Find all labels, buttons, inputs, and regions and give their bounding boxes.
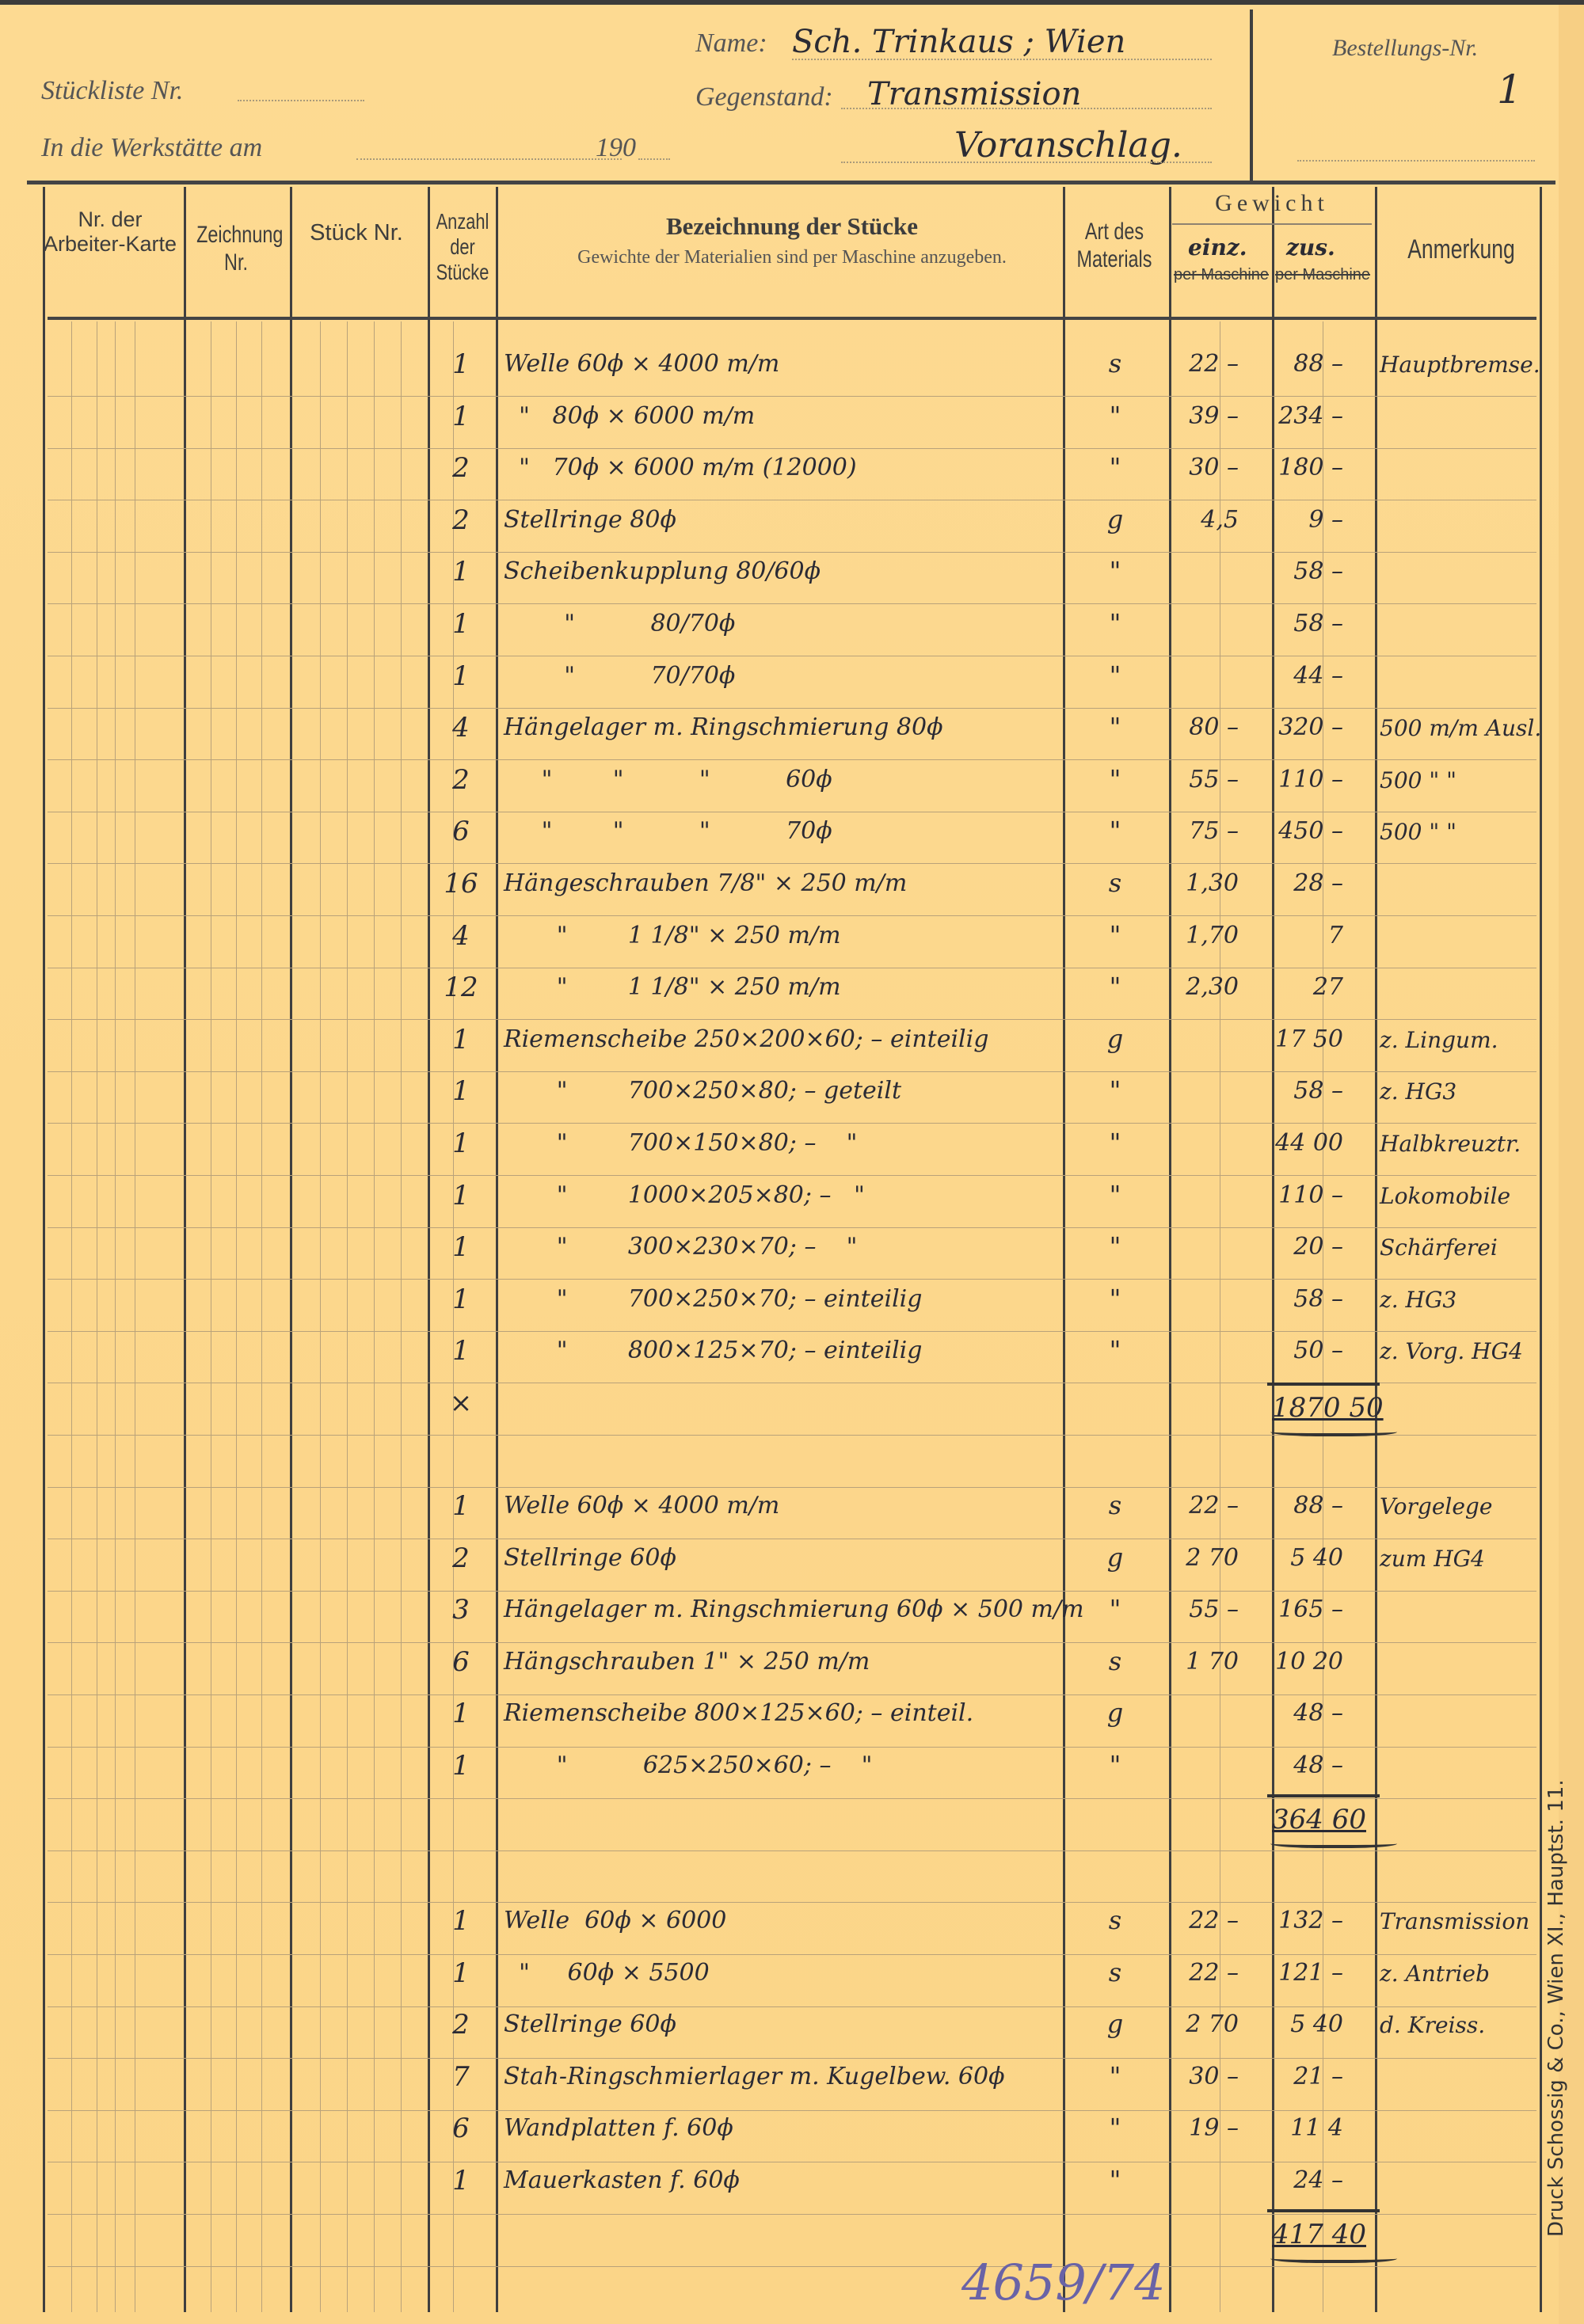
col-zeichnung: Zeichnung Nr.: [196, 222, 276, 276]
material-cell: ": [1068, 2061, 1163, 2091]
gewicht-gesamt-label: zus.: [1286, 234, 1335, 261]
material-cell: ": [1068, 556, 1163, 586]
quantity-cell: 1: [437, 556, 485, 588]
weight-total-cell: 110 –: [1272, 1181, 1343, 1209]
row-rule: [48, 1331, 1536, 1332]
weight-total-cell: 17 50: [1272, 1025, 1343, 1053]
weight-total-cell: 48 –: [1272, 1752, 1343, 1779]
row-rule: [48, 1591, 1536, 1592]
column-divider: [1169, 187, 1171, 2312]
row-rule: [48, 1279, 1536, 1280]
material-cell: ": [1068, 1231, 1163, 1261]
description-cell: Stellringe 60ϕ: [504, 1544, 676, 1572]
weight-unit-cell: 1,30: [1175, 869, 1239, 897]
stueckliste-field[interactable]: [238, 100, 364, 101]
material-cell: g: [1068, 2009, 1163, 2039]
quantity-cell: 4: [437, 920, 485, 952]
note-cell: z. Lingum.: [1380, 1027, 1498, 1053]
description-cell: " " " 70ϕ: [504, 817, 832, 845]
quantity-cell: 1: [437, 2165, 485, 2197]
grid-line: [374, 321, 375, 2312]
weight-unit-cell: 19 –: [1175, 2114, 1239, 2142]
weight-total-cell: 44 –: [1272, 662, 1343, 690]
weight-total-cell: 180 –: [1272, 454, 1343, 481]
material-cell: ": [1068, 608, 1163, 638]
description-cell: " 800×125×70; – einteilig: [504, 1337, 922, 1364]
weight-total-cell: 11 4: [1272, 2114, 1343, 2142]
quantity-cell: 1: [437, 1750, 485, 1782]
year-field[interactable]: [638, 158, 670, 160]
description-cell: Welle 60ϕ × 6000: [504, 1907, 726, 1934]
row-rule: [48, 1747, 1536, 1748]
quantity-cell: 1: [437, 608, 485, 640]
quantity-cell: 1: [437, 1075, 485, 1107]
quantity-cell: 1: [437, 1180, 485, 1211]
note-cell: Hauptbremse.: [1380, 352, 1540, 378]
row-rule: [48, 1487, 1536, 1488]
quantity-cell: 7: [437, 2061, 485, 2093]
description-cell: " 300×230×70; – ": [504, 1233, 857, 1261]
weight-total-cell: 27: [1272, 973, 1343, 1001]
row-rule: [48, 500, 1536, 500]
note-cell: z. Vorg. HG4: [1380, 1338, 1523, 1364]
quantity-cell: 1: [437, 1957, 485, 1989]
column-divider: [184, 187, 186, 2312]
description-cell: Stellringe 60ϕ: [504, 2010, 676, 2038]
description-cell: " 70/70ϕ: [504, 662, 735, 690]
grid-line: [261, 321, 262, 2312]
bestellungs-label: Bestellungs-Nr.: [1332, 35, 1478, 62]
grid-line: [115, 321, 116, 2312]
per-maschine-2: per Maschine: [1274, 266, 1372, 284]
note-cell: 500 " ": [1380, 767, 1456, 793]
weight-total-cell: 165 –: [1272, 1596, 1343, 1623]
weight-total-cell: 234 –: [1272, 402, 1343, 430]
per-maschine-1: per Maschine: [1172, 266, 1270, 284]
header-rule: [27, 181, 1555, 184]
material-cell: ": [1068, 2165, 1163, 2195]
material-cell: ": [1068, 920, 1163, 950]
quantity-cell: ×: [437, 1387, 485, 1419]
material-cell: ": [1068, 1284, 1163, 1314]
material-cell: ": [1068, 712, 1163, 742]
weight-total-cell: 121 –: [1272, 1959, 1343, 1987]
quantity-cell: 2: [437, 2009, 485, 2041]
section-total: 1870 50: [1272, 1392, 1384, 1424]
weight-unit-cell: 4,5: [1175, 506, 1239, 534]
col-stueck: Stück Nr.: [293, 220, 420, 246]
quantity-cell: 6: [437, 1646, 485, 1678]
weight-unit-cell: 22 –: [1175, 1492, 1239, 1520]
description-cell: Hängschrauben 1" × 250 m/m: [504, 1648, 870, 1675]
description-cell: " 70ϕ × 6000 m/m (12000): [504, 454, 857, 481]
column-divider: [1063, 187, 1065, 2312]
description-cell: Hängeschrauben 7/8" × 250 m/m: [504, 869, 907, 897]
material-cell: g: [1068, 1024, 1163, 1054]
col-anzahl: Anzahl der Stücke: [434, 209, 491, 286]
description-cell: Hängelager m. Ringschmierung 60ϕ × 500 m…: [504, 1596, 1084, 1623]
row-rule: [48, 2058, 1536, 2059]
note-cell: Halbkreuztr.: [1380, 1131, 1521, 1157]
grid-line: [401, 321, 402, 2312]
description-cell: " 80ϕ × 6000 m/m: [504, 402, 755, 430]
year-prefix: 190: [596, 133, 636, 163]
note-cell: Schärferei: [1380, 1234, 1498, 1261]
description-cell: " 625×250×60; – ": [504, 1752, 872, 1779]
description-cell: " 80/70ϕ: [504, 610, 735, 637]
weight-total-cell: 320 –: [1272, 713, 1343, 741]
subtotal-rule: [1267, 1383, 1380, 1386]
row-rule: [48, 1539, 1536, 1539]
description-cell: " 700×150×80; – ": [504, 1129, 857, 1157]
row-rule: [48, 448, 1536, 449]
weight-unit-cell: 75 –: [1175, 817, 1239, 845]
col-gewicht: Gewicht: [1169, 190, 1375, 218]
row-rule: [48, 708, 1536, 709]
col-anmerkung: Anmerkung: [1396, 234, 1526, 265]
note-cell: Transmission: [1380, 1908, 1529, 1934]
description-cell: Hängelager m. Ringschmierung 80ϕ: [504, 713, 943, 741]
quantity-cell: 1: [437, 660, 485, 692]
scan-border: [0, 0, 1584, 5]
quantity-cell: 1: [437, 1231, 485, 1263]
row-rule: [48, 1071, 1536, 1072]
description-cell: " 1 1/8" × 250 m/m: [504, 973, 841, 1001]
gewicht-einzeln-label: einz.: [1188, 234, 1247, 261]
row-rule: [48, 968, 1536, 968]
note-cell: z. HG3: [1380, 1078, 1456, 1105]
weight-unit-cell: 30 –: [1175, 454, 1239, 481]
weight-total-cell: 10 20: [1272, 1648, 1343, 1675]
gegenstand-label: Gegenstand:: [695, 82, 833, 112]
row-rule: [48, 1227, 1536, 1228]
grid-line: [347, 321, 348, 2312]
material-cell: g: [1068, 504, 1163, 534]
weight-total-cell: 48 –: [1272, 1699, 1343, 1727]
weight-total-cell: 44 00: [1272, 1129, 1343, 1157]
description-cell: " 700×250×70; – einteilig: [504, 1285, 922, 1313]
row-rule: [48, 1695, 1536, 1695]
col-bezeichnung-title: Bezeichnung der Stücke: [523, 212, 1061, 241]
row-rule: [48, 2110, 1536, 2111]
note-cell: 500 m/m Ausl.: [1380, 715, 1541, 741]
row-rule: [48, 603, 1536, 604]
row-rule: [48, 1175, 1536, 1176]
pencil-annotation: 4659/74: [961, 2254, 1166, 2311]
material-cell: ": [1068, 452, 1163, 482]
quantity-cell: 6: [437, 2113, 485, 2144]
row-rule: [48, 396, 1536, 397]
material-cell: ": [1068, 816, 1163, 846]
quantity-cell: 1: [437, 1335, 485, 1367]
material-cell: ": [1068, 1594, 1163, 1624]
material-cell: ": [1068, 401, 1163, 431]
section-total: 364 60: [1272, 1804, 1366, 1835]
col-bezeichnung-subtitle: Gewichte der Materialien sind per Maschi…: [539, 247, 1045, 269]
grid-line: [236, 321, 237, 2312]
row-rule: [48, 1902, 1536, 1903]
weight-total-cell: 5 40: [1272, 1544, 1343, 1572]
printer-imprint: Druck Schossig & Co., Wien XI., Hauptst.…: [1544, 1779, 1568, 2237]
name-value: Sch. Trinkaus ; Wien: [792, 24, 1125, 60]
weight-total-cell: 5 40: [1272, 2010, 1343, 2038]
quantity-cell: 1: [437, 1284, 485, 1315]
weight-total-cell: 58 –: [1272, 610, 1343, 637]
material-cell: s: [1068, 348, 1163, 378]
quantity-cell: 2: [437, 1542, 485, 1574]
quantity-cell: 2: [437, 504, 485, 536]
bestellungs-value: 1: [1497, 67, 1522, 112]
description-cell: Mauerkasten f. 60ϕ: [504, 2166, 740, 2194]
material-cell: ": [1068, 764, 1163, 794]
total-double-underline: [1270, 1837, 1397, 1848]
row-rule: [48, 2266, 1536, 2267]
quantity-cell: 3: [437, 1594, 485, 1626]
quantity-cell: 1: [437, 1905, 485, 1937]
material-cell: ": [1068, 1335, 1163, 1365]
weight-unit-cell: 80 –: [1175, 713, 1239, 741]
col-art: Art des Materials: [1074, 219, 1154, 273]
note-cell: zum HG4: [1380, 1546, 1485, 1572]
weight-total-cell: 58 –: [1272, 1077, 1343, 1105]
note-cell: z. Antrieb: [1380, 1961, 1490, 1987]
bestellungs-field[interactable]: [1297, 160, 1535, 162]
description-cell: Welle 60ϕ × 4000 m/m: [504, 1492, 779, 1520]
description-cell: Stellringe 80ϕ: [504, 506, 676, 534]
total-double-underline: [1270, 2252, 1397, 2263]
werkstaette-date-field[interactable]: [356, 158, 622, 160]
quantity-cell: 1: [437, 1698, 485, 1729]
row-rule: [48, 656, 1536, 656]
material-cell: ": [1068, 2113, 1163, 2143]
column-divider: [428, 187, 430, 2312]
column-divider: [43, 187, 45, 2312]
description-cell: " 60ϕ × 5500: [504, 1959, 710, 1987]
weight-total-cell: 21 –: [1272, 2063, 1343, 2090]
material-cell: g: [1068, 1698, 1163, 1728]
quantity-cell: 2: [437, 764, 485, 796]
weight-unit-cell: 39 –: [1175, 402, 1239, 430]
grid-line: [71, 321, 72, 2312]
description-cell: " 1000×205×80; – ": [504, 1181, 865, 1209]
row-rule: [48, 2006, 1536, 2007]
material-cell: g: [1068, 1542, 1163, 1573]
header-divider: [1250, 10, 1253, 181]
column-divider: [290, 187, 292, 2312]
row-rule: [48, 1850, 1536, 1851]
werkstaette-label: In die Werkstätte am: [41, 133, 262, 163]
subtotal-rule: [1267, 2209, 1380, 2212]
weight-total-cell: 58 –: [1272, 1285, 1343, 1313]
weight-unit-cell: 22 –: [1175, 1959, 1239, 1987]
row-rule: [48, 2214, 1536, 2215]
description-cell: Wandplatten f. 60ϕ: [504, 2114, 733, 2142]
total-double-underline: [1270, 1425, 1397, 1436]
weight-unit-cell: 55 –: [1175, 1596, 1239, 1623]
weight-total-cell: 7: [1272, 922, 1343, 949]
weight-unit-cell: 1,70: [1175, 922, 1239, 949]
weight-unit-cell: 2 70: [1175, 2010, 1239, 2038]
material-cell: s: [1068, 1957, 1163, 1987]
description-cell: " 1 1/8" × 250 m/m: [504, 922, 841, 949]
material-cell: s: [1068, 1905, 1163, 1935]
gegenstand-field[interactable]: [841, 108, 1212, 109]
description-cell: Scheibenkupplung 80/60ϕ: [504, 557, 821, 585]
row-rule: [48, 915, 1536, 916]
section-total: 417 40: [1272, 2219, 1366, 2250]
quantity-cell: 1: [437, 348, 485, 380]
description-cell: Stah-Ringschmierlager m. Kugelbew. 60ϕ: [504, 2063, 1005, 2090]
quantity-cell: 6: [437, 816, 485, 847]
note-cell: Lokomobile: [1380, 1183, 1510, 1209]
quantity-cell: 1: [437, 1490, 485, 1522]
grid-line: [211, 321, 211, 2312]
quantity-cell: 16: [437, 868, 485, 900]
subtotal-rule: [1267, 1794, 1380, 1797]
quantity-cell: 1: [437, 401, 485, 432]
row-rule: [48, 863, 1536, 864]
weight-unit-cell: 22 –: [1175, 1907, 1239, 1934]
row-rule: [48, 759, 1536, 760]
weight-total-cell: 132 –: [1272, 1907, 1343, 1934]
quantity-cell: 12: [437, 972, 485, 1003]
weight-unit-cell: 55 –: [1175, 766, 1239, 793]
note-cell: z. HG3: [1380, 1287, 1456, 1313]
description-cell: Welle 60ϕ × 4000 m/m: [504, 350, 779, 378]
description-cell: Riemenscheibe 250×200×60; – einteilig: [504, 1025, 988, 1053]
weight-total-cell: 58 –: [1272, 557, 1343, 585]
row-rule: [48, 1798, 1536, 1799]
material-cell: ": [1068, 1750, 1163, 1780]
description-cell: Riemenscheibe 800×125×60; – einteil.: [504, 1699, 973, 1727]
material-cell: ": [1068, 1075, 1163, 1105]
material-cell: s: [1068, 868, 1163, 898]
header-bottom-rule: [48, 317, 1536, 320]
name-label: Name:: [695, 29, 767, 59]
weight-unit-cell: 2 70: [1175, 1544, 1239, 1572]
row-rule: [48, 1642, 1536, 1643]
note-cell: d. Kreiss.: [1380, 2012, 1485, 2038]
gegenstand-value-line2: Voranschlag.: [954, 125, 1182, 165]
weight-total-cell: 88 –: [1272, 1492, 1343, 1520]
weight-total-cell: 50 –: [1272, 1337, 1343, 1364]
weight-total-cell: 450 –: [1272, 817, 1343, 845]
weight-unit-cell: 2,30: [1175, 973, 1239, 1001]
quantity-cell: 2: [437, 452, 485, 484]
quantity-cell: 1: [437, 1024, 485, 1055]
column-divider: [1540, 187, 1542, 2312]
weight-total-cell: 110 –: [1272, 766, 1343, 793]
row-rule: [48, 1123, 1536, 1124]
weight-total-cell: 24 –: [1272, 2166, 1343, 2194]
material-cell: ": [1068, 972, 1163, 1002]
stueckliste-label: Stückliste Nr.: [41, 76, 183, 106]
grid-line: [97, 321, 97, 2312]
row-rule: [48, 812, 1536, 812]
weight-unit-cell: 1 70: [1175, 1648, 1239, 1675]
row-rule: [48, 1019, 1536, 1020]
gegenstand-field-line2[interactable]: [841, 162, 1212, 163]
material-cell: s: [1068, 1490, 1163, 1520]
weight-total-cell: 28 –: [1272, 869, 1343, 897]
grid-line: [135, 321, 135, 2312]
col-arbeiterkarte: Nr. der Arbeiter-Karte: [43, 207, 177, 257]
column-divider: [1375, 187, 1377, 2312]
material-cell: s: [1068, 1646, 1163, 1676]
material-cell: ": [1068, 1128, 1163, 1158]
weight-unit-cell: 22 –: [1175, 350, 1239, 378]
description-cell: " 700×250×80; – geteilt: [504, 1077, 901, 1105]
description-cell: " " " 60ϕ: [504, 766, 832, 793]
row-rule: [48, 1954, 1536, 1955]
material-cell: ": [1068, 1180, 1163, 1210]
weight-total-cell: 9 –: [1272, 506, 1343, 534]
row-rule: [48, 552, 1536, 553]
quantity-cell: 4: [437, 712, 485, 744]
weight-total-cell: 20 –: [1272, 1233, 1343, 1261]
note-cell: 500 " ": [1380, 819, 1456, 845]
weight-unit-cell: 30 –: [1175, 2063, 1239, 2090]
grid-line: [320, 321, 321, 2312]
gewicht-subdivider: [1172, 223, 1372, 225]
quantity-cell: 1: [437, 1128, 485, 1159]
note-cell: Vorgelege: [1380, 1493, 1492, 1520]
weight-total-cell: 88 –: [1272, 350, 1343, 378]
row-rule: [48, 2162, 1536, 2162]
name-field[interactable]: [792, 59, 1212, 60]
column-divider: [496, 187, 498, 2312]
material-cell: ": [1068, 660, 1163, 690]
